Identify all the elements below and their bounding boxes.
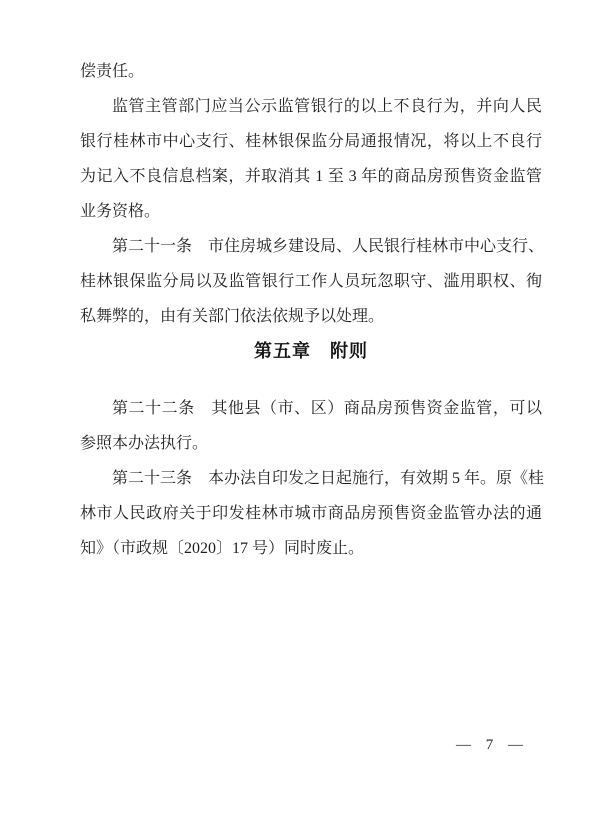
text-line: 为记入不良信息档案，并取消其 1 至 3 年的商品房预售资金监管 — [80, 159, 542, 194]
page-footer: — 7 — — [456, 736, 524, 754]
text-line: 林市人民政府关于印发桂林市城市商品房预售资金监管办法的通 — [80, 496, 542, 531]
text-line: 第二十二条 其他县（市、区）商品房预售资金监管，可以 — [80, 391, 542, 426]
document-page: 偿责任。监管主管部门应当公示监管银行的以上不良行为，并向人民银行桂林市中心支行、… — [0, 0, 610, 815]
document-body: 偿责任。监管主管部门应当公示监管银行的以上不良行为，并向人民银行桂林市中心支行、… — [80, 54, 542, 566]
paragraph: 第二十二条 其他县（市、区）商品房预售资金监管，可以参照本办法执行。 — [80, 391, 542, 461]
chapter-heading: 第五章 附则 — [80, 334, 542, 369]
paragraph: 第二十一条 市住房城乡建设局、人民银行桂林市中心支行、桂林银保监分局以及监管银行… — [80, 229, 542, 334]
text-line: 监管主管部门应当公示监管银行的以上不良行为，并向人民 — [80, 89, 542, 124]
text-line: 第二十一条 市住房城乡建设局、人民银行桂林市中心支行、 — [80, 229, 542, 264]
text-line: 参照本办法执行。 — [80, 426, 542, 461]
text-line: 偿责任。 — [80, 54, 542, 89]
text-line: 业务资格。 — [80, 194, 542, 229]
text-line: 桂林银保监分局以及监管银行工作人员玩忽职守、滥用职权、徇 — [80, 264, 542, 299]
page-number: — 7 — — [456, 737, 524, 753]
paragraph: 监管主管部门应当公示监管银行的以上不良行为，并向人民银行桂林市中心支行、桂林银保… — [80, 89, 542, 229]
paragraph: 偿责任。 — [80, 54, 542, 89]
text-line: 私舞弊的，由有关部门依法依规予以处理。 — [80, 299, 542, 334]
paragraph: 第二十三条 本办法自印发之日起施行，有效期 5 年。原《桂林市人民政府关于印发桂… — [80, 461, 542, 566]
text-line: 银行桂林市中心支行、桂林银保监分局通报情况，将以上不良行 — [80, 124, 542, 159]
text-line: 第二十三条 本办法自印发之日起施行，有效期 5 年。原《桂 — [80, 461, 542, 496]
text-line: 知》（市政规〔2020〕17 号）同时废止。 — [80, 531, 542, 566]
